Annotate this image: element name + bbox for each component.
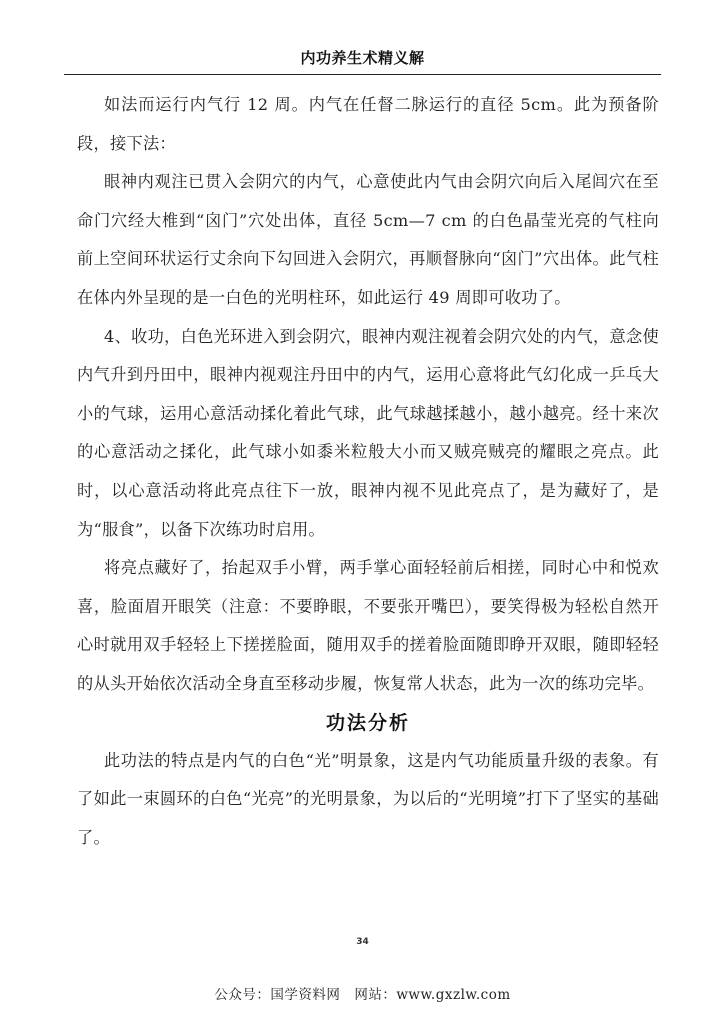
page-number: 34 — [0, 937, 725, 947]
paragraph-light-column: 眼神内观注已贯入会阴穴的内气，心意使此内气由会阴穴向后入尾闾穴在至命门穴经大椎到… — [77, 163, 659, 317]
paragraph-return-to-normal: 将亮点藏好了，抬起双手小臂，两手掌心面轻轻前后相搓，同时心中和悦欢喜，脸面眉开眼… — [77, 549, 659, 703]
footer-wechat-label: 公众号：国学资料网 — [214, 987, 340, 1003]
paragraph-closing-practice: 4、收功，白色光环进入到会阴穴，眼神内观注视着会阴穴处的内气，意念使内气升到丹田… — [77, 318, 659, 550]
paragraph-analysis: 此功法的特点是内气的白色“光”明景象，这是内气功能质量升级的表象。有了如此一束圆… — [77, 742, 659, 858]
page-body: 如法而运行内气行 12 周。内气在任督二脉运行的直径 5cm。此为预备阶段，接下… — [77, 86, 659, 857]
page-header: 内功养生术精义解 — [64, 46, 661, 75]
running-header-title: 内功养生术精义解 — [300, 49, 424, 67]
page-footer: 公众号：国学资料网网站：www.gxzlw.com — [0, 983, 725, 1003]
section-heading-analysis: 功法分析 — [77, 704, 659, 742]
paragraph-preparation: 如法而运行内气行 12 周。内气在任督二脉运行的直径 5cm。此为预备阶段，接下… — [77, 86, 659, 163]
footer-website-label: 网站：www.gxzlw.com — [354, 987, 510, 1003]
